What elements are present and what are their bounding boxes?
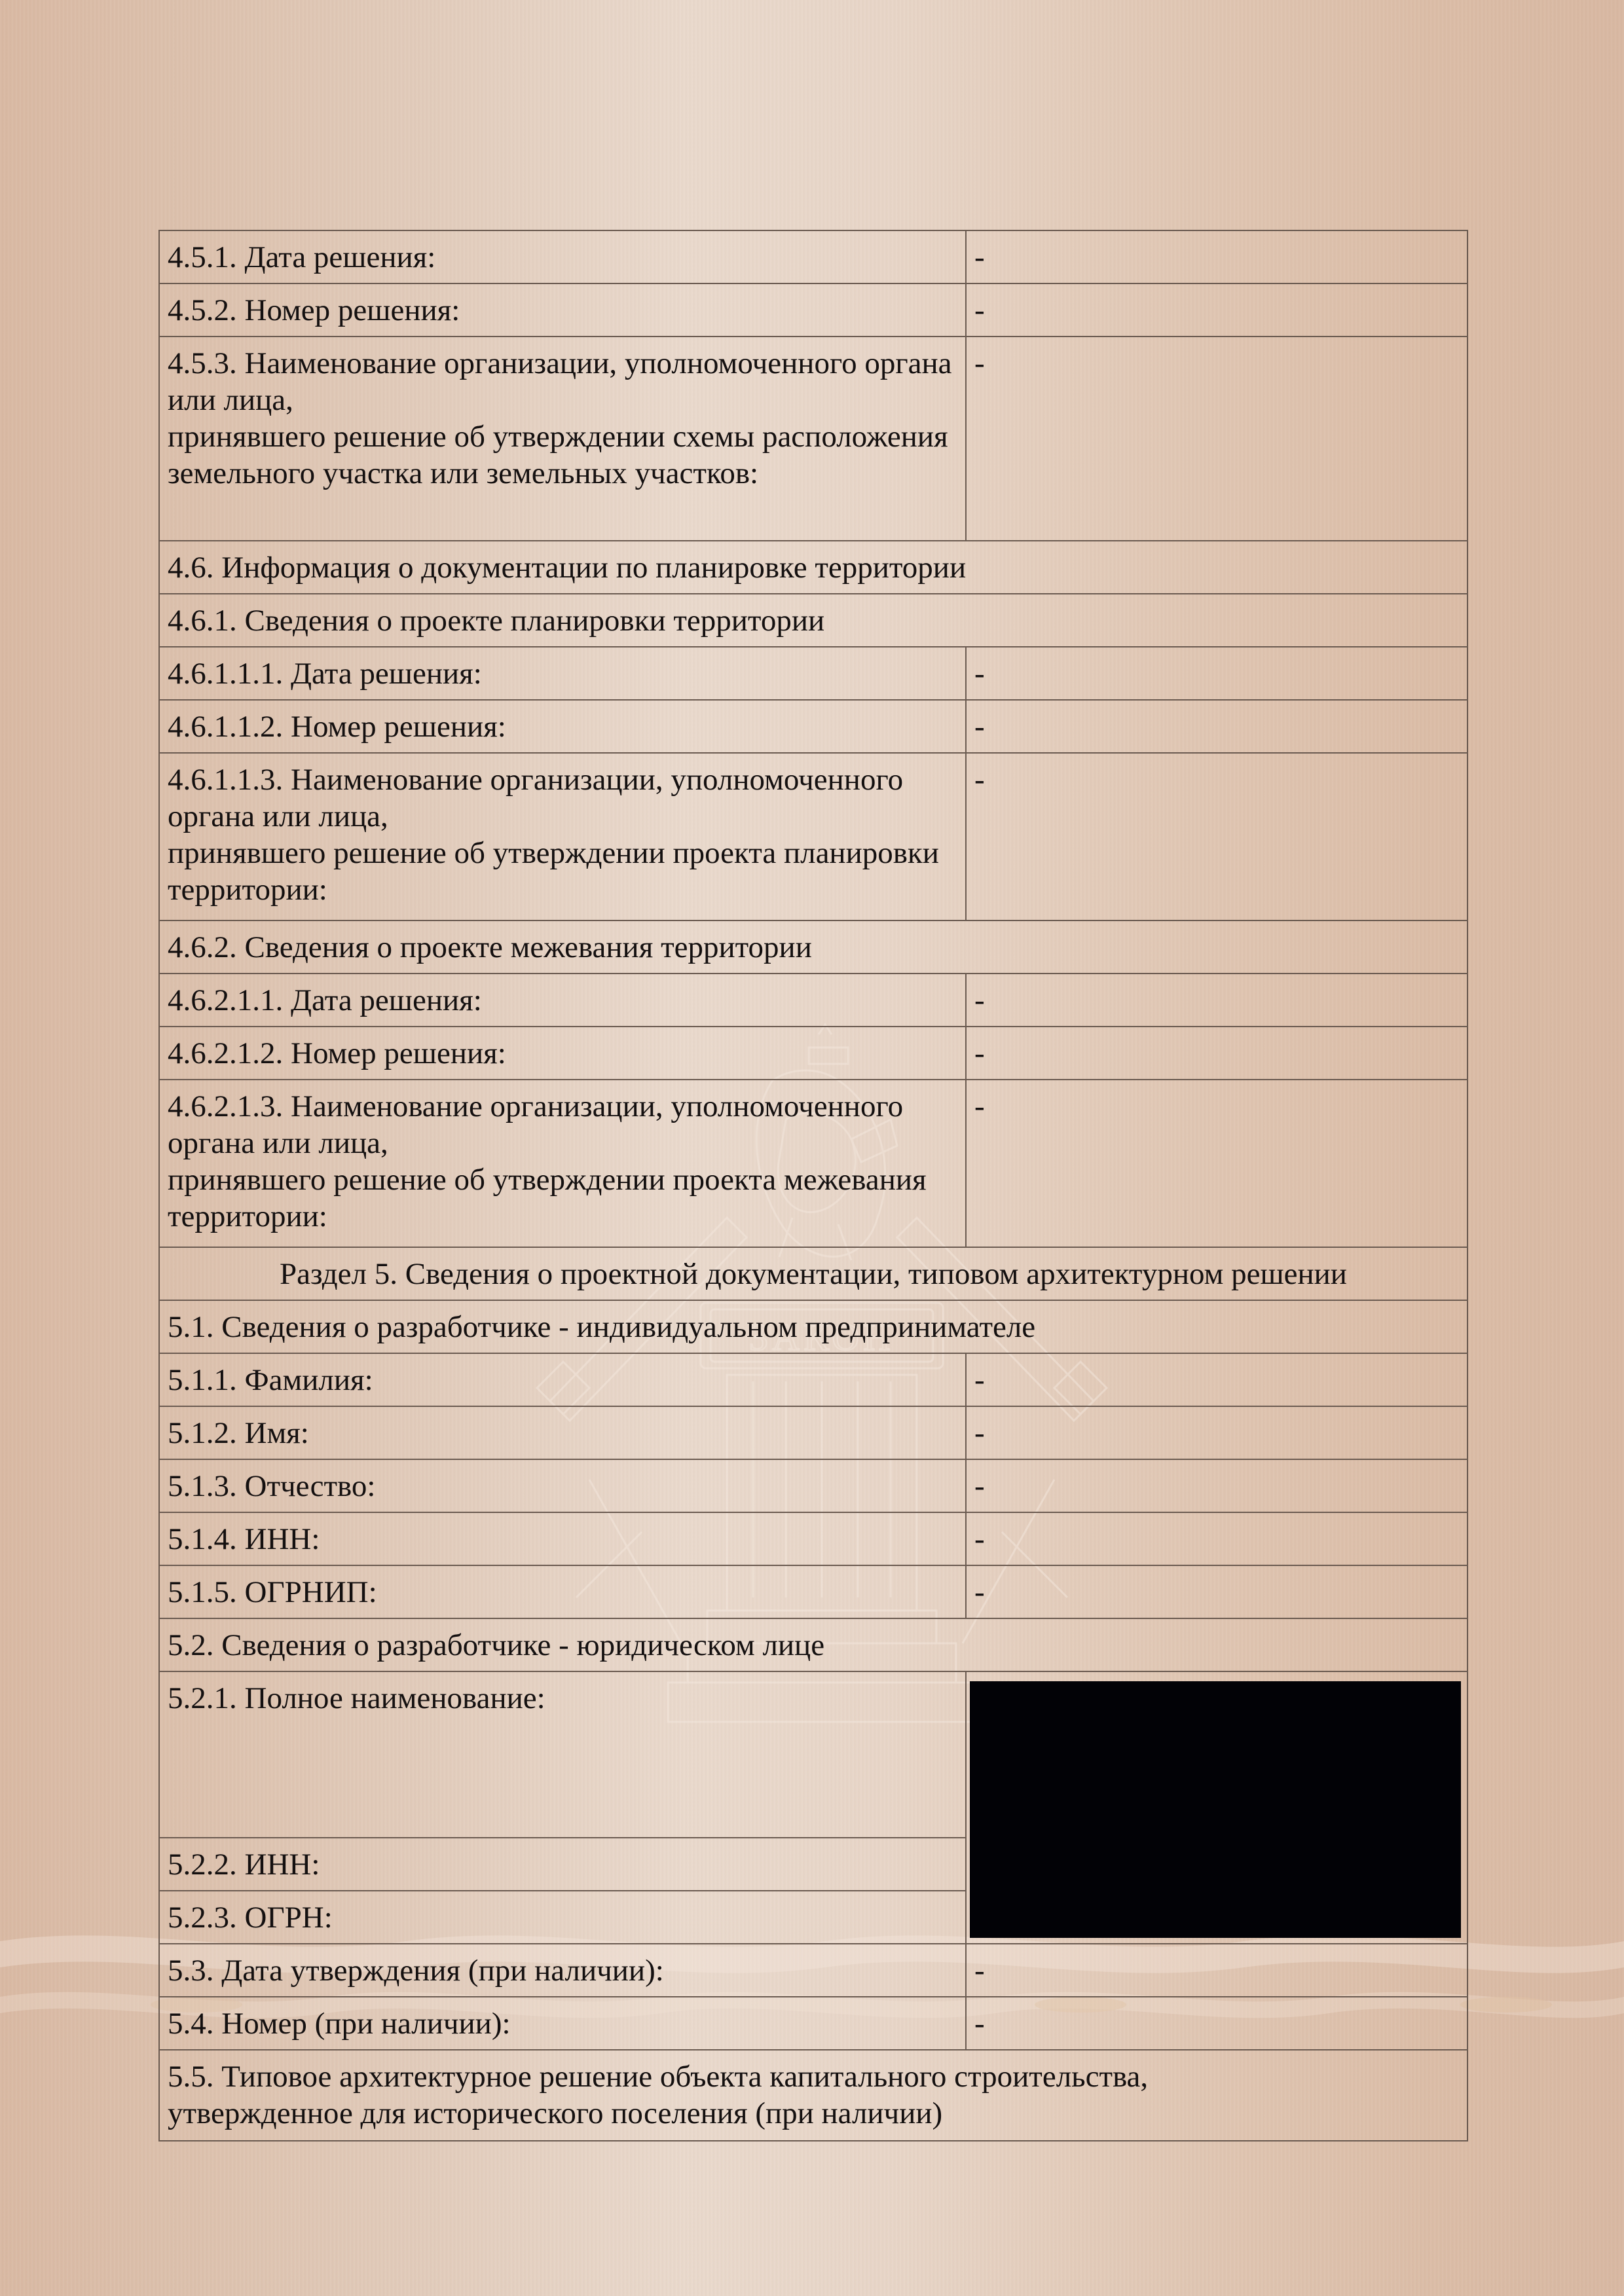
table-heading-row: 5.2. Сведения о разработчике - юридическ… [159,1618,1467,1671]
table-row: 5.3. Дата утверждения (при наличии): - [159,1944,1467,1997]
row-value: - [966,647,1467,700]
document-table: 4.5.1. Дата решения: - 4.5.2. Номер реше… [158,230,1468,2141]
section-title: Раздел 5. Сведения о проектной документа… [159,1247,1467,1300]
row-label: 4.6.2.1.3. Наименование организации, упо… [159,1080,966,1247]
table-row: 4.6.1.1.2. Номер решения: - [159,700,1467,753]
table-row: 4.5.3. Наименование организации, уполном… [159,337,1467,541]
row-label: 4.6.1.1.2. Номер решения: [159,700,966,753]
row-label: 4.6.2.1.2. Номер решения: [159,1027,966,1080]
table-heading-row: 5.1. Сведения о разработчике - индивидуа… [159,1300,1467,1353]
row-value: - [966,1353,1467,1406]
row-label: 4.5.3. Наименование организации, уполном… [159,337,966,541]
row-heading: 5.5. Типовое архитектурное решение объек… [159,2050,1467,2141]
row-value: - [966,1565,1467,1618]
row-label: 4.6.2.1.1. Дата решения: [159,974,966,1027]
row-heading: 4.6. Информация о документации по планир… [159,541,1467,594]
table-heading-row: 5.5. Типовое архитектурное решение объек… [159,2050,1467,2141]
table-row: 5.1.4. ИНН: - [159,1512,1467,1565]
section-title-row: Раздел 5. Сведения о проектной документа… [159,1247,1467,1300]
table-row: 5.1.5. ОГРНИП: - [159,1565,1467,1618]
row-value: - [966,1459,1467,1512]
row-heading: 4.6.2. Сведения о проекте межевания терр… [159,920,1467,974]
table-row: 4.5.1. Дата решения: - [159,230,1467,283]
row-heading: 5.1. Сведения о разработчике - индивидуа… [159,1300,1467,1353]
row-value: - [966,1406,1467,1459]
row-value: - [966,753,1467,920]
redacted-value-cell [966,1671,1467,1944]
row-heading: 5.2. Сведения о разработчике - юридическ… [159,1618,1467,1671]
row-label: 5.1.3. Отчество: [159,1459,966,1512]
table-row: 5.1.3. Отчество: - [159,1459,1467,1512]
table-row: 4.6.2.1.2. Номер решения: - [159,1027,1467,1080]
table-row: 4.6.1.1.1. Дата решения: - [159,647,1467,700]
row-label: 5.1.1. Фамилия: [159,1353,966,1406]
row-label: 5.4. Номер (при наличии): [159,1997,966,2050]
row-label: 5.1.2. Имя: [159,1406,966,1459]
row-value: - [966,1944,1467,1997]
table-row: 4.6.2.1.3. Наименование организации, упо… [159,1080,1467,1247]
row-label: 5.1.4. ИНН: [159,1512,966,1565]
row-heading: 4.6.1. Сведения о проекте планировки тер… [159,594,1467,647]
row-label: 5.3. Дата утверждения (при наличии): [159,1944,966,1997]
table-row: 4.6.2.1.1. Дата решения: - [159,974,1467,1027]
table-heading-row: 4.6.2. Сведения о проекте межевания терр… [159,920,1467,974]
row-value: - [966,230,1467,283]
table-row: 4.5.2. Номер решения: - [159,283,1467,337]
table-row: 5.1.2. Имя: - [159,1406,1467,1459]
table-row: 5.2.1. Полное наименование: [159,1671,1467,1838]
table-row: 5.1.1. Фамилия: - [159,1353,1467,1406]
table-row: 5.4. Номер (при наличии): - [159,1997,1467,2050]
redaction-block [970,1681,1461,1938]
row-label: 4.5.2. Номер решения: [159,283,966,337]
row-value: - [966,974,1467,1027]
row-value: - [966,337,1467,541]
table-heading-row: 4.6.1. Сведения о проекте планировки тер… [159,594,1467,647]
row-label: 4.6.1.1.3. Наименование организации, упо… [159,753,966,920]
row-label: 5.1.5. ОГРНИП: [159,1565,966,1618]
row-label: 4.5.1. Дата решения: [159,230,966,283]
row-value: - [966,1080,1467,1247]
table-row: 4.6.1.1.3. Наименование организации, упо… [159,753,1467,920]
row-value: - [966,1997,1467,2050]
row-label: 4.6.1.1.1. Дата решения: [159,647,966,700]
table-heading-row: 4.6. Информация о документации по планир… [159,541,1467,594]
row-value: - [966,700,1467,753]
row-label: 5.2.2. ИНН: [159,1838,966,1891]
row-label: 5.2.3. ОГРН: [159,1891,966,1944]
row-label: 5.2.1. Полное наименование: [159,1671,966,1838]
row-value: - [966,1027,1467,1080]
row-value: - [966,1512,1467,1565]
row-value: - [966,283,1467,337]
